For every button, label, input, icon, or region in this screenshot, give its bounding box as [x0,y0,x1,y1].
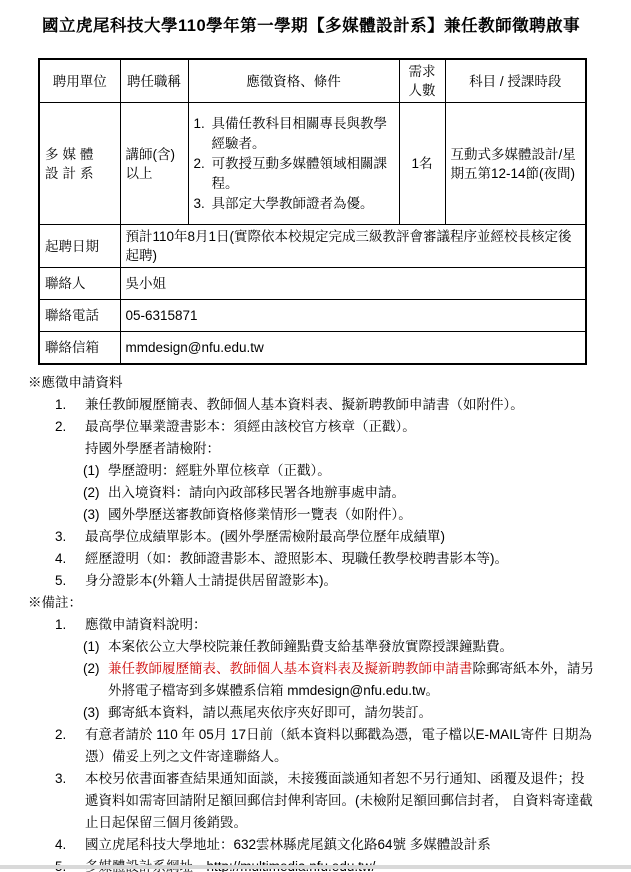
highlighted-documents-text: 兼任教師履歷簡表、教師個人基本資料表及擬新聘教師申請書 [108,661,473,676]
header-headcount: 需求人數 [399,59,445,103]
list-item: (3) 國外學歷送審教師資格修業情形一覽表（如附件）。 [83,504,597,526]
table-row: 聯絡信箱 mmdesign@nfu.edu.tw [39,332,586,365]
item-number: (2) [83,658,108,702]
item-number: 3. [55,768,85,834]
list-item: 持國外學歷者請檢附： [85,438,597,460]
item-text: 最高學位成績單影本。(國外學歷需檢附最高學位歷年成績單) [85,526,597,548]
item-text: 出入境資料：請向內政部移民署各地辦事處申請。 [108,482,597,504]
table-row: 起聘日期 預計110年8月1日(實際依本校規定完成三級教評會審議程序並經校長核定… [39,225,586,268]
item-text: 本校另依書面審查結果通知面談，未接獲面談通知者恕不另行通知、函覆及退件；投遞資料… [85,768,597,834]
item-text: 應徵申請資料說明： [85,614,597,636]
item-number: 1. [55,394,85,416]
list-item: 3. 本校另依書面審查結果通知面談，未接獲面談通知者恕不另行通知、函覆及退件；投… [55,768,597,834]
subject-time-cell: 互動式多媒體設計/星期五第12-14節(夜間) [445,103,586,225]
header-position-title: 聘任職稱 [120,59,188,103]
list-item: (1) 學歷證明：經駐外單位核章（正戳）。 [83,460,597,482]
list-item: 2. 有意者請於 110 年 05月 17日前（紙本資料以郵戳為憑，電子檔以E-… [55,724,597,768]
item-number: 5. [55,856,85,872]
item-text: 持國外學歷者請檢附： [85,438,597,460]
list-item: 5. 身分證影本(外籍人士請提供居留證影本)。 [55,570,597,592]
item-text: 兼任教師履歷簡表、教師個人基本資料表及擬新聘教師申請書除郵寄紙本外，請另外將電子… [108,658,597,702]
item-text: 國立虎尾科技大學地址：632雲林縣虎尾鎮文化路64號 多媒體設計系 [85,834,597,856]
item-number: 1. [55,614,85,636]
position-rank-cell: 講師(含)以上 [120,103,188,225]
item-text: 最高學位畢業證書影本：須經由該校官方核章（正戳）。 [85,416,597,438]
qualification-item: 3. 具部定大學教師證者為優。 [194,194,394,214]
start-date-value: 預計110年8月1日(實際依本校規定完成三級教評會審議程序並經校長核定後起聘) [120,225,586,268]
start-date-label: 起聘日期 [39,225,120,268]
contact-person-value: 吳小姐 [120,268,586,300]
list-item: 4. 國立虎尾科技大學地址：632雲林縣虎尾鎮文化路64號 多媒體設計系 [55,834,597,856]
list-item: 2. 最高學位畢業證書影本：須經由該校官方核章（正戳）。 [55,416,597,438]
item-number: 2. [55,416,85,438]
headcount-cell: 1名 [399,103,445,225]
item-text: 多媒體設計系網址 http://multimedia.nfu.edu.tw/ [85,856,597,872]
header-subject-time: 科目 / 授課時段 [445,59,586,103]
item-number: (1) [83,460,108,482]
list-item: 1. 兼任教師履歷簡表、教師個人基本資料表、擬新聘教師申請書（如附件）。 [55,394,597,416]
table-row: 聯絡人 吳小姐 [39,268,586,300]
list-item: 4. 經歷證明（如：教師證書影本、證照影本、現職任教學校聘書影本等)。 [55,548,597,570]
item-number: 4. [55,548,85,570]
qualification-number: 3. [194,194,212,214]
contact-email-value: mmdesign@nfu.edu.tw [120,332,586,365]
qualification-text: 具備任教科目相關專長與教學經驗者。 [212,114,394,154]
list-item: 5. 多媒體設計系網址 http://multimedia.nfu.edu.tw… [55,856,597,872]
application-heading: ※應徵申請資料 [28,372,597,394]
list-item: (2) 出入境資料：請向內政部移民署各地辦事處申請。 [83,482,597,504]
item-number: 3. [55,526,85,548]
hiring-unit-cell: 多媒體設計系 [39,103,120,225]
item-text: 學歷證明：經駐外單位核章（正戳）。 [108,460,597,482]
item-number: (3) [83,504,108,526]
item-text: 本案依公立大學校院兼任教師鐘點費支給基準發放實際授課鐘點費。 [108,636,597,658]
contact-phone-value: 05-6315871 [120,300,586,332]
position-row: 多媒體設計系 講師(含)以上 1. 具備任教科目相關專長與教學經驗者。 2. 可… [39,103,586,225]
item-text: 經歷證明（如：教師證書影本、證照影本、現職任教學校聘書影本等)。 [85,548,597,570]
contact-email-label: 聯絡信箱 [39,332,120,365]
item-text: 郵寄紙本資料，請以燕尾夾依序夾好即可，請勿裝訂。 [108,702,597,724]
item-text: 有意者請於 110 年 05月 17日前（紙本資料以郵戳為憑，電子檔以E-MAI… [85,724,597,768]
application-section: ※應徵申請資料 1. 兼任教師履歷簡表、教師個人基本資料表、擬新聘教師申請書（如… [0,372,597,592]
qualification-text: 具部定大學教師證者為優。 [212,194,394,214]
item-number: 4. [55,834,85,856]
qualification-item: 2. 可教授互動多媒體領域相關課程。 [194,154,394,194]
table-row: 聯絡電話 05-6315871 [39,300,586,332]
notes-section: ※備註： 1. 應徵申請資料說明： (1) 本案依公立大學校院兼任教師鐘點費支給… [0,592,597,872]
item-number: 2. [55,724,85,768]
list-item: 3. 最高學位成績單影本。(國外學歷需檢附最高學位歷年成績單) [55,526,597,548]
item-text: 國外學歷送審教師資格修業情形一覽表（如附件）。 [108,504,597,526]
qualification-text: 可教授互動多媒體領域相關課程。 [212,154,394,194]
item-text: 身分證影本(外籍人士請提供居留證影本)。 [85,570,597,592]
item-number: 5. [55,570,85,592]
contact-person-label: 聯絡人 [39,268,120,300]
qualification-number: 2. [194,154,212,194]
qualification-number: 1. [194,114,212,154]
page-bottom-divider [0,865,631,869]
table-header-row: 聘用單位 聘任職稱 應徵資格、條件 需求人數 科目 / 授課時段 [39,59,586,103]
contact-phone-label: 聯絡電話 [39,300,120,332]
qualifications-cell: 1. 具備任教科目相關專長與教學經驗者。 2. 可教授互動多媒體領域相關課程。 … [188,103,399,225]
page-title: 國立虎尾科技大學110學年第一學期【多媒體設計系】兼任教師徵聘啟事 [42,12,589,36]
item-text: 兼任教師履歷簡表、教師個人基本資料表、擬新聘教師申請書（如附件）。 [85,394,597,416]
item-number: (3) [83,702,108,724]
item-number: (2) [83,482,108,504]
list-item: 1. 應徵申請資料說明： [55,614,597,636]
list-item: (2) 兼任教師履歷簡表、教師個人基本資料表及擬新聘教師申請書除郵寄紙本外，請另… [83,658,597,702]
list-item: (1) 本案依公立大學校院兼任教師鐘點費支給基準發放實際授課鐘點費。 [83,636,597,658]
item-number: (1) [83,636,108,658]
header-qualifications: 應徵資格、條件 [188,59,399,103]
notes-heading: ※備註： [28,592,597,614]
header-hiring-unit: 聘用單位 [39,59,120,103]
qualification-item: 1. 具備任教科目相關專長與教學經驗者。 [194,114,394,154]
list-item: (3) 郵寄紙本資料，請以燕尾夾依序夾好即可，請勿裝訂。 [83,702,597,724]
recruitment-table: 聘用單位 聘任職稱 應徵資格、條件 需求人數 科目 / 授課時段 多媒體設計系 … [38,58,587,365]
